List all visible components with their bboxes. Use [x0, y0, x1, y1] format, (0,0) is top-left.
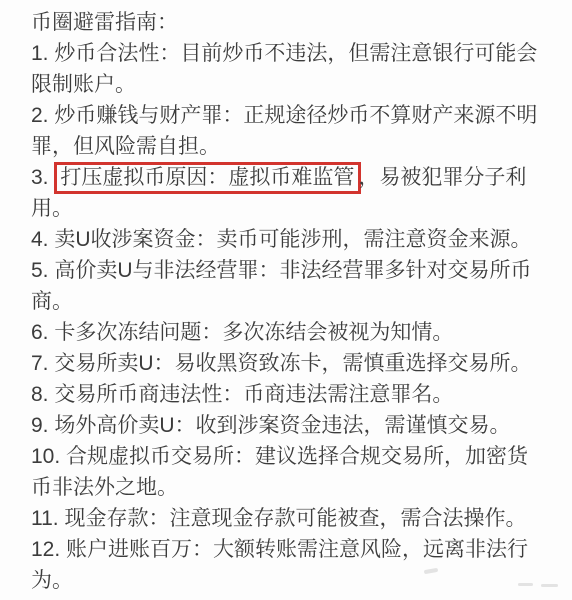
guide-item-11: 11. 现金存款：注意现金存款可能被查，需合法操作。 — [31, 503, 544, 534]
guide-item-6: 6. 卡多次冻结问题：多次冻结会被视为知情。 — [31, 317, 544, 348]
guide-title: 币圈避雷指南： — [31, 7, 544, 38]
highlight-box: 打压虚拟币原因：虚拟币难监管 — [54, 162, 361, 194]
scan-artifact — [518, 583, 533, 586]
guide-item-8: 8. 交易所币商违法性：币商违法需注意罪名。 — [31, 379, 544, 410]
guide-item-12: 12. 账户进账百万：大额转账需注意风险，远离非法行为。 — [31, 534, 544, 596]
guide-item-3: 3. 打压虚拟币原因：虚拟币难监管，易被犯罪分子利用。 — [31, 162, 544, 224]
guide-item-2: 2. 炒币赚钱与财产罪：正规途径炒币不算财产来源不明罪，但风险需自担。 — [31, 100, 544, 162]
guide-item-4: 4. 卖U收涉案资金：卖币可能涉刑，需注意资金来源。 — [31, 224, 544, 255]
guide-item-3-number: 3. — [31, 166, 54, 189]
scan-artifact — [541, 584, 558, 587]
guide-article: 币圈避雷指南： 1. 炒币合法性：目前炒币不违法，但需注意银行可能会限制账户。 … — [0, 0, 572, 600]
guide-item-10: 10. 合规虚拟币交易所：建议选择合规交易所，加密货币非法外之地。 — [31, 441, 544, 503]
guide-item-7: 7. 交易所卖U：易收黑资致冻卡，需慎重选择交易所。 — [31, 348, 544, 379]
guide-item-9: 9. 场外高价卖U：收到涉案资金违法，需谨慎交易。 — [31, 410, 544, 441]
guide-item-1: 1. 炒币合法性：目前炒币不违法，但需注意银行可能会限制账户。 — [31, 38, 544, 100]
guide-item-5: 5. 高价卖U与非法经营罪：非法经营罪多针对交易所币商。 — [31, 255, 544, 317]
